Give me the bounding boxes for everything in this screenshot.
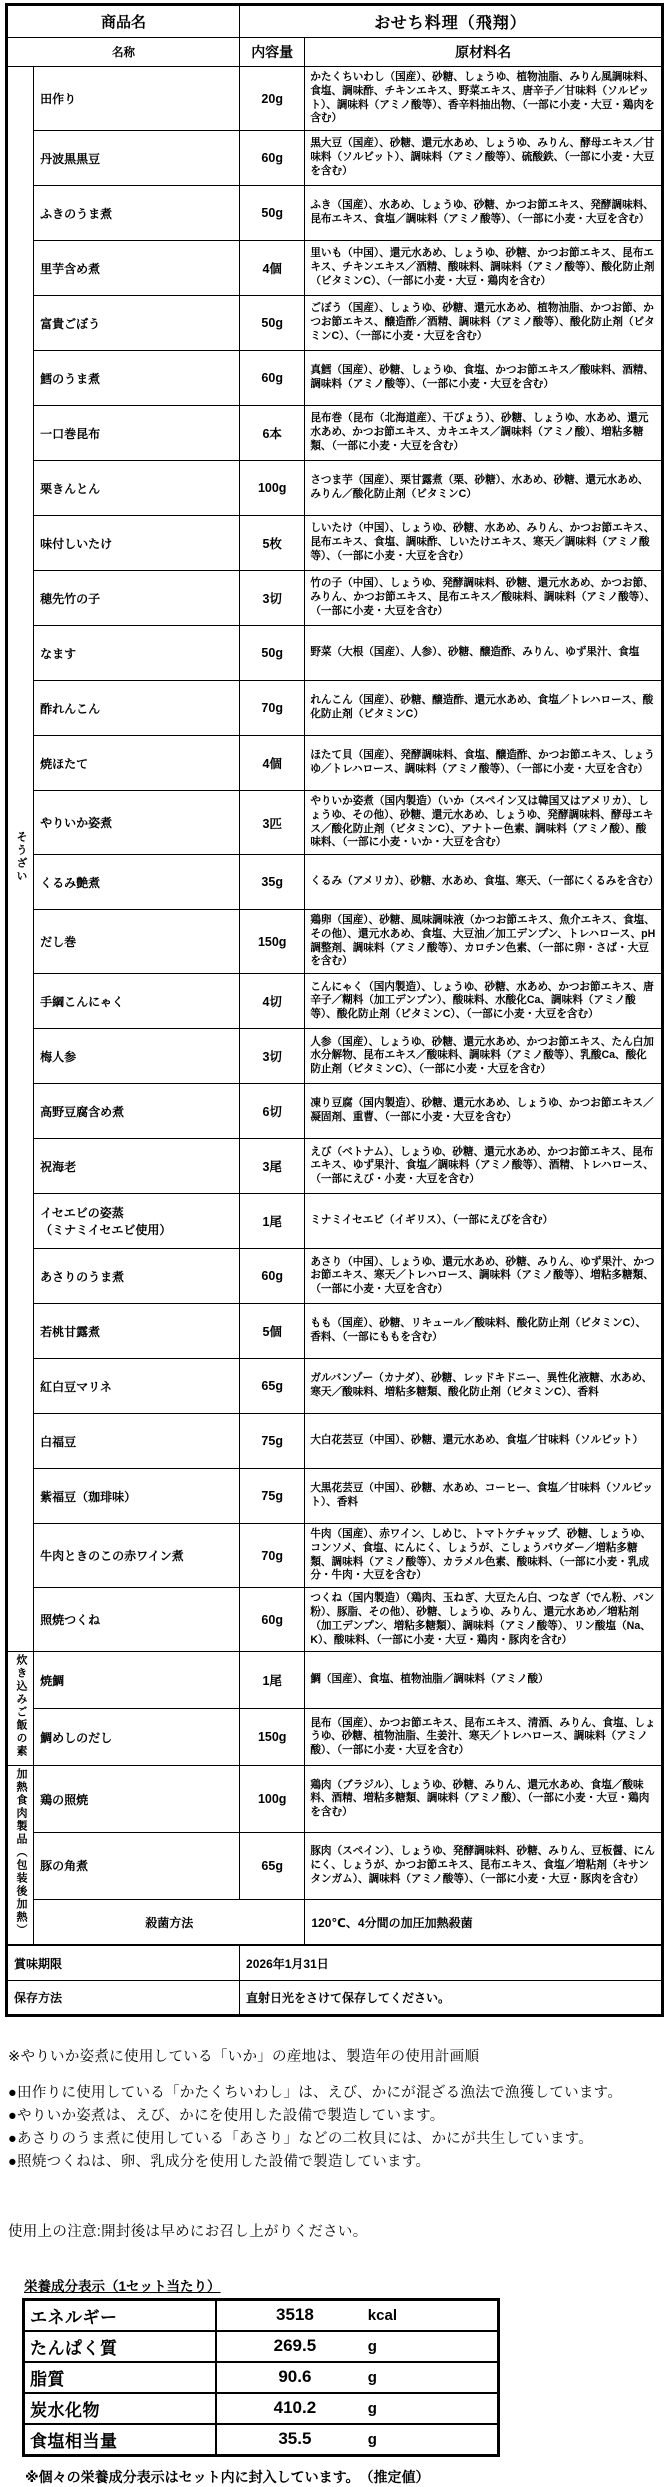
nutrition-value-cell: 3518kcal [216, 2299, 499, 2331]
item-name: 里芋含め煮 [34, 241, 240, 296]
bullet-note: ●田作りに使用している「かたくちいわし」は、えび、かにが混ざる漁法で漁獲していま… [8, 2082, 670, 2105]
group-label-cell: そうざい [7, 67, 34, 1652]
nutrition-unit: g [368, 2400, 377, 2417]
item-row: 祝海老3尾えび（ベトナム）、しょうゆ、砂糖、還元水あめ、かつお節エキス、昆布エキ… [7, 1139, 663, 1194]
item-name: だし巻 [34, 910, 240, 974]
item-ingredients: しいたけ（中国）、しょうゆ、砂糖、水あめ、みりん、かつお節エキス、昆布エキス、食… [305, 516, 663, 571]
item-amount: 150g [240, 910, 305, 974]
item-ingredients: 昆布（国産）、かつお節エキス、昆布エキス、清酒、みりん、食塩、しょうゆ、砂糖、植… [305, 1709, 663, 1766]
item-amount: 70g [240, 1524, 305, 1588]
nutrition-unit: g [368, 2369, 377, 2386]
item-amount: 100g [240, 461, 305, 516]
item-row: なます50g野菜（大根（国産）、人参）、砂糖、醸造酢、みりん、ゆず果汁、食塩 [7, 626, 663, 681]
item-row: 鯛めしのだし150g昆布（国産）、かつお節エキス、昆布エキス、清酒、みりん、食塩… [7, 1709, 663, 1766]
column-header-row: 名称 内容量 原材料名 [7, 38, 663, 67]
storage-row: 保存方法 直射日光をさけて保存してください。 [7, 1980, 663, 2015]
sterilization-label: 殺菌方法 [34, 1899, 305, 1945]
item-amount: 3尾 [240, 1139, 305, 1194]
item-name: 鯛めしのだし [34, 1709, 240, 1766]
item-name: 焼ほたて [34, 736, 240, 791]
item-row: 紅白豆マリネ65gガルバンゾー（カナダ）、砂糖、レッドキドニー、異性化液糖、水あ… [7, 1359, 663, 1414]
item-row: イセエビの姿蒸 （ミナミイセエビ使用）1尾ミナミイセエビ（イギリス）、（一部にえ… [7, 1194, 663, 1249]
column-header-amount: 内容量 [240, 38, 305, 67]
nutrition-label: 食塩相当量 [24, 2424, 217, 2456]
item-row: 丹波黒黒豆60g黒大豆（国産）、砂糖、還元水あめ、しょうゆ、みりん、酵母エキス／… [7, 131, 663, 186]
item-amount: 5個 [240, 1304, 305, 1359]
item-amount: 20g [240, 67, 305, 131]
item-name: 白福豆 [34, 1414, 240, 1469]
item-name: 味付しいたけ [34, 516, 240, 571]
nutrition-label: たんぱく質 [24, 2331, 217, 2362]
item-amount: 5枚 [240, 516, 305, 571]
nutrition-label: 炭水化物 [24, 2393, 217, 2424]
item-ingredients: 牛肉（国産）、赤ワイン、しめじ、トマトケチャップ、砂糖、しょうゆ、コンソメ、食塩… [305, 1524, 663, 1588]
item-ingredients: 鯛（国産）、食塩、植物油脂／調味料（アミノ酸） [305, 1652, 663, 1709]
item-amount: 4個 [240, 241, 305, 296]
item-amount: 65g [240, 1833, 305, 1900]
nutrition-unit: g [368, 2431, 377, 2448]
item-name: 鶏の照焼 [34, 1766, 240, 1833]
item-row: 鱈のうま煮60g真鱈（国産）、砂糖、しょうゆ、食塩、かつお節エキス／酸味料、酒精… [7, 351, 663, 406]
item-row: 牛肉ときのこの赤ワイン煮70g牛肉（国産）、赤ワイン、しめじ、トマトケチャップ、… [7, 1524, 663, 1588]
item-ingredients: 野菜（大根（国産）、人参）、砂糖、醸造酢、みりん、ゆず果汁、食塩 [305, 626, 663, 681]
item-name: イセエビの姿蒸 （ミナミイセエビ使用） [34, 1194, 240, 1249]
nutrition-value: 3518 [222, 2305, 368, 2325]
storage-label: 保存方法 [7, 1980, 240, 2015]
item-row: 酢れんこん70gれんこん（国産）、砂糖、醸造酢、還元水あめ、食塩／トレハロース、… [7, 681, 663, 736]
group-label: そうざい [15, 831, 26, 883]
item-ingredients: もも（国産）、砂糖、リキュール／酸味料、酸化防止剤（ビタミンC）、香料、（一部に… [305, 1304, 663, 1359]
nutrition-value-cell: 90.6g [216, 2362, 499, 2393]
item-amount: 3切 [240, 571, 305, 626]
item-row: 手綱こんにゃく4切こんにゃく（国内製造）、しょうゆ、砂糖、水あめ、かつお節エキス… [7, 974, 663, 1029]
product-label-table: 商品名 おせち料理（飛翔） 名称 内容量 原材料名 そうざい田作り20gかたくち… [5, 3, 664, 2017]
group-label-cell: 炊き込みご飯の素 [7, 1652, 34, 1766]
item-ingredients: つくね（国内製造）（鶏肉、玉ねぎ、大豆たん白、つなぎ（でん粉、パン粉）、豚脂、そ… [305, 1588, 663, 1652]
nutrition-unit: kcal [368, 2307, 397, 2324]
item-ingredients: 大黒花芸豆（中国）、砂糖、水あめ、コーヒー、食塩／甘味料（ソルビット）、香料 [305, 1469, 663, 1524]
nutrition-label: エネルギー [24, 2299, 217, 2331]
item-row: 富貴ごぼう50gごぼう（国産）、しょうゆ、砂糖、還元水あめ、植物油脂、かつお節、… [7, 296, 663, 351]
nutrition-value: 35.5 [222, 2429, 368, 2449]
item-name: やりいか姿煮 [34, 791, 240, 855]
nutrition-row: エネルギー 3518kcal [24, 2299, 499, 2331]
item-name: 照焼つくね [34, 1588, 240, 1652]
item-name: くるみ艶煮 [34, 855, 240, 910]
item-row: 照焼つくね60gつくね（国内製造）（鶏肉、玉ねぎ、大豆たん白、つなぎ（でん粉、パ… [7, 1588, 663, 1652]
item-ingredients: 鶏卵（国産）、砂糖、風味調味液（かつお節エキス、魚介エキス、食塩、その他）、還元… [305, 910, 663, 974]
item-name: 紫福豆（珈琲味） [34, 1469, 240, 1524]
item-amount: 3匹 [240, 791, 305, 855]
item-amount: 3切 [240, 1029, 305, 1084]
item-name: 栗きんとん [34, 461, 240, 516]
item-row: やりいか姿煮3匹やりいか姿煮（国内製造）（いか（スペイン又は韓国又はアメリカ）、… [7, 791, 663, 855]
storage-value: 直射日光をさけて保存してください。 [240, 1980, 663, 2015]
item-amount: 100g [240, 1766, 305, 1833]
item-row: 加熱食肉製品（包装後加熱）鶏の照焼100g鶏肉（ブラジル）、しょうゆ、砂糖、みり… [7, 1766, 663, 1833]
bullet-note: ●あさりのうま煮に使用している「あさり」などの二枚貝には、かにが共生しています。 [8, 2128, 670, 2151]
item-name: 酢れんこん [34, 681, 240, 736]
item-row: 高野豆腐含め煮6切凍り豆腐（国内製造）、砂糖、還元水あめ、しょうゆ、かつお節エキ… [7, 1084, 663, 1139]
item-name: 梅人参 [34, 1029, 240, 1084]
nutrition-footnote: ※個々の栄養成分表示はセット内に封入しています。 （推定値） [25, 2467, 670, 2487]
item-name: 紅白豆マリネ [34, 1359, 240, 1414]
product-name-label: 商品名 [7, 5, 240, 38]
item-name: ふきのうま煮 [34, 186, 240, 241]
column-header-name: 名称 [7, 38, 240, 67]
item-row: ふきのうま煮50gふき（国産）、水あめ、しょうゆ、砂糖、かつお節エキス、発酵調味… [7, 186, 663, 241]
item-amount: 50g [240, 186, 305, 241]
item-row: 炊き込みご飯の素焼鯛1尾鯛（国産）、食塩、植物油脂／調味料（アミノ酸） [7, 1652, 663, 1709]
item-row: だし巻150g鶏卵（国産）、砂糖、風味調味液（かつお節エキス、魚介エキス、食塩、… [7, 910, 663, 974]
nutrition-value-cell: 35.5g [216, 2424, 499, 2456]
item-amount: 50g [240, 626, 305, 681]
nutrition-value-cell: 269.5g [216, 2331, 499, 2362]
item-row: そうざい田作り20gかたくちいわし（国産）、砂糖、しょうゆ、植物油脂、みりん風調… [7, 67, 663, 131]
group-label-cell: 加熱食肉製品（包装後加熱） [7, 1766, 34, 1946]
sterilization-row: 殺菌方法120℃、4分間の加圧加熱殺菌 [7, 1899, 663, 1945]
column-header-ingredients: 原材料名 [305, 38, 663, 67]
item-ingredients: ミナミイセエビ（イギリス）、（一部にえびを含む） [305, 1194, 663, 1249]
item-row: 白福豆75g大白花芸豆（中国）、砂糖、還元水あめ、食塩／甘味料（ソルビット） [7, 1414, 663, 1469]
item-row: 梅人参3切人参（国産）、しょうゆ、砂糖、還元水あめ、かつお節エキス、たん白加水分… [7, 1029, 663, 1084]
item-name: あさりのうま煮 [34, 1249, 240, 1304]
item-amount: 6切 [240, 1084, 305, 1139]
nutrition-row: 脂質 90.6g [24, 2362, 499, 2393]
item-name: 牛肉ときのこの赤ワイン煮 [34, 1524, 240, 1588]
item-name: 焼鯛 [34, 1652, 240, 1709]
item-amount: 75g [240, 1414, 305, 1469]
item-amount: 60g [240, 131, 305, 186]
sterilization-value: 120℃、4分間の加圧加熱殺菌 [305, 1899, 663, 1945]
item-row: 豚の角煮65g豚肉（スペイン）、しょうゆ、発酵調味料、砂糖、みりん、豆板醤、にん… [7, 1833, 663, 1900]
item-row: 紫福豆（珈琲味）75g大黒花芸豆（中国）、砂糖、水あめ、コーヒー、食塩／甘味料（… [7, 1469, 663, 1524]
item-ingredients: ガルバンゾー（カナダ）、砂糖、レッドキドニー、異性化液糖、水あめ、寒天／酸味料、… [305, 1359, 663, 1414]
item-ingredients: 昆布巻（昆布（北海道産）、干ぴょう）、砂糖、しょうゆ、水あめ、還元水あめ、かつお… [305, 406, 663, 461]
nutrition-table: エネルギー 3518kcal たんぱく質 269.5g 脂質 90.6g 炭水化… [22, 2298, 500, 2457]
item-name: なます [34, 626, 240, 681]
squid-origin-note: ※やりいか姿煮に使用している「いか」の産地は、製造年の使用計画順 [8, 2045, 670, 2066]
nutrition-title: 栄養成分表示（1セット当たり） [24, 2275, 670, 2295]
bullet-note: ●やりいか姿煮は、えび、かにを使用した設備で製造しています。 [8, 2105, 670, 2128]
item-name: 手綱こんにゃく [34, 974, 240, 1029]
item-amount: 1尾 [240, 1652, 305, 1709]
item-ingredients: 黒大豆（国産）、砂糖、還元水あめ、しょうゆ、みりん、酵母エキス／甘味料（ソルビッ… [305, 131, 663, 186]
item-name: 穂先竹の子 [34, 571, 240, 626]
item-ingredients: 人参（国産）、しょうゆ、砂糖、還元水あめ、かつお節エキス、たん白加水分解物、昆布… [305, 1029, 663, 1084]
notes-section: ※やりいか姿煮に使用している「いか」の産地は、製造年の使用計画順 ●田作りに使用… [8, 2045, 670, 2174]
item-ingredients: 真鱈（国産）、砂糖、しょうゆ、食塩、かつお節エキス／酸味料、酒精、調味料（アミノ… [305, 351, 663, 406]
item-name: 田作り [34, 67, 240, 131]
item-ingredients: かたくちいわし（国産）、砂糖、しょうゆ、植物油脂、みりん風調味料、食塩、調味酢、… [305, 67, 663, 131]
item-name: 丹波黒黒豆 [34, 131, 240, 186]
item-ingredients: 豚肉（スペイン）、しょうゆ、発酵調味料、砂糖、みりん、豆板醤、にんにく、しょうが… [305, 1833, 663, 1900]
nutrition-row: 炭水化物 410.2g [24, 2393, 499, 2424]
item-ingredients: こんにゃく（国内製造）、しょうゆ、砂糖、水あめ、かつお節エキス、唐辛子／糊料（加… [305, 974, 663, 1029]
group-label: 炊き込みご飯の素 [15, 1654, 26, 1758]
nutrition-value: 90.6 [222, 2367, 368, 2387]
item-amount: 150g [240, 1709, 305, 1766]
item-row: 味付しいたけ5枚しいたけ（中国）、しょうゆ、砂糖、水あめ、みりん、かつお節エキス… [7, 516, 663, 571]
usage-note: 使用上の注意:開封後は早めにお召し上がりください。 [8, 2220, 670, 2241]
nutrition-row: たんぱく質 269.5g [24, 2331, 499, 2362]
item-ingredients: ふき（国産）、水あめ、しょうゆ、砂糖、かつお節エキス、発酵調味料、昆布エキス、食… [305, 186, 663, 241]
item-ingredients: 里いも（中国）、還元水あめ、しょうゆ、砂糖、かつお節エキス、昆布エキス、チキンエ… [305, 241, 663, 296]
item-name: 富貴ごぼう [34, 296, 240, 351]
nutrition-unit: g [368, 2338, 377, 2355]
group-label: 加熱食肉製品（包装後加熱） [15, 1768, 26, 1937]
item-row: 里芋含め煮4個里いも（中国）、還元水あめ、しょうゆ、砂糖、かつお節エキス、昆布エ… [7, 241, 663, 296]
item-ingredients: くるみ（アメリカ）、砂糖、水あめ、食塩、寒天、（一部にくるみを含む） [305, 855, 663, 910]
nutrition-row: 食塩相当量 35.5g [24, 2424, 499, 2456]
item-ingredients: ごぼう（国産）、しょうゆ、砂糖、還元水あめ、植物油脂、かつお節、かつお節エキス、… [305, 296, 663, 351]
item-row: 焼ほたて4個ほたて貝（国産）、発酵調味料、食塩、醸造酢、かつお節エキス、しょうゆ… [7, 736, 663, 791]
item-ingredients: 大白花芸豆（中国）、砂糖、還元水あめ、食塩／甘味料（ソルビット） [305, 1414, 663, 1469]
item-amount: 65g [240, 1359, 305, 1414]
product-name-value: おせち料理（飛翔） [240, 5, 663, 38]
item-amount: 50g [240, 296, 305, 351]
item-ingredients: あさり（中国）、しょうゆ、還元水あめ、砂糖、みりん、ゆず果汁、かつお節エキス、寒… [305, 1249, 663, 1304]
item-ingredients: さつま芋（国産）、栗甘露煮（栗、砂糖）、水あめ、砂糖、還元水あめ、みりん／酸化防… [305, 461, 663, 516]
item-amount: 75g [240, 1469, 305, 1524]
item-name: 若桃甘露煮 [34, 1304, 240, 1359]
nutrition-value-cell: 410.2g [216, 2393, 499, 2424]
product-name-row: 商品名 おせち料理（飛翔） [7, 5, 663, 38]
expiry-value: 2026年1月31日 [240, 1945, 663, 1980]
item-row: あさりのうま煮60gあさり（中国）、しょうゆ、還元水あめ、砂糖、みりん、ゆず果汁… [7, 1249, 663, 1304]
item-amount: 4個 [240, 736, 305, 791]
item-ingredients: 凍り豆腐（国内製造）、砂糖、還元水あめ、しょうゆ、かつお節エキス／凝固剤、重曹、… [305, 1084, 663, 1139]
expiry-label: 賞味期限 [7, 1945, 240, 1980]
item-amount: 60g [240, 1249, 305, 1304]
item-amount: 6本 [240, 406, 305, 461]
item-row: 栗きんとん100gさつま芋（国産）、栗甘露煮（栗、砂糖）、水あめ、砂糖、還元水あ… [7, 461, 663, 516]
item-amount: 60g [240, 1588, 305, 1652]
item-amount: 4切 [240, 974, 305, 1029]
item-amount: 70g [240, 681, 305, 736]
item-ingredients: えび（ベトナム）、しょうゆ、砂糖、還元水あめ、かつお節エキス、昆布エキス、ゆず果… [305, 1139, 663, 1194]
item-ingredients: れんこん（国産）、砂糖、醸造酢、還元水あめ、食塩／トレハロース、酸化防止剤（ビタ… [305, 681, 663, 736]
item-row: 穂先竹の子3切竹の子（中国）、しょうゆ、発酵調味料、砂糖、還元水あめ、かつお節、… [7, 571, 663, 626]
item-row: 若桃甘露煮5個もも（国産）、砂糖、リキュール／酸味料、酸化防止剤（ビタミンC）、… [7, 1304, 663, 1359]
item-name: 高野豆腐含め煮 [34, 1084, 240, 1139]
nutrition-value: 410.2 [222, 2398, 368, 2418]
item-amount: 35g [240, 855, 305, 910]
nutrition-value: 269.5 [222, 2336, 368, 2356]
item-amount: 1尾 [240, 1194, 305, 1249]
item-name: 豚の角煮 [34, 1833, 240, 1900]
item-amount: 60g [240, 351, 305, 406]
item-ingredients: 竹の子（中国）、しょうゆ、発酵調味料、砂糖、還元水あめ、かつお節、みりん、かつお… [305, 571, 663, 626]
bullet-note: ●照焼つくねは、卵、乳成分を使用した設備で製造しています。 [8, 2151, 670, 2174]
item-name: 一口巻昆布 [34, 406, 240, 461]
item-ingredients: やりいか姿煮（国内製造）（いか（スペイン又は韓国又はアメリカ）、しょうゆ、その他… [305, 791, 663, 855]
bullet-notes: ●田作りに使用している「かたくちいわし」は、えび、かにが混ざる漁法で漁獲していま… [8, 2082, 670, 2174]
item-row: 一口巻昆布6本昆布巻（昆布（北海道産）、干ぴょう）、砂糖、しょうゆ、水あめ、還元… [7, 406, 663, 461]
item-name: 鱈のうま煮 [34, 351, 240, 406]
item-ingredients: ほたて貝（国産）、発酵調味料、食塩、醸造酢、かつお節エキス、しょうゆ／トレハロー… [305, 736, 663, 791]
item-ingredients: 鶏肉（ブラジル）、しょうゆ、砂糖、みりん、還元水あめ、食塩／酸味料、酒精、増粘多… [305, 1766, 663, 1833]
nutrition-label: 脂質 [24, 2362, 217, 2393]
expiry-row: 賞味期限 2026年1月31日 [7, 1945, 663, 1980]
item-row: くるみ艶煮35gくるみ（アメリカ）、砂糖、水あめ、食塩、寒天、（一部にくるみを含… [7, 855, 663, 910]
item-name: 祝海老 [34, 1139, 240, 1194]
